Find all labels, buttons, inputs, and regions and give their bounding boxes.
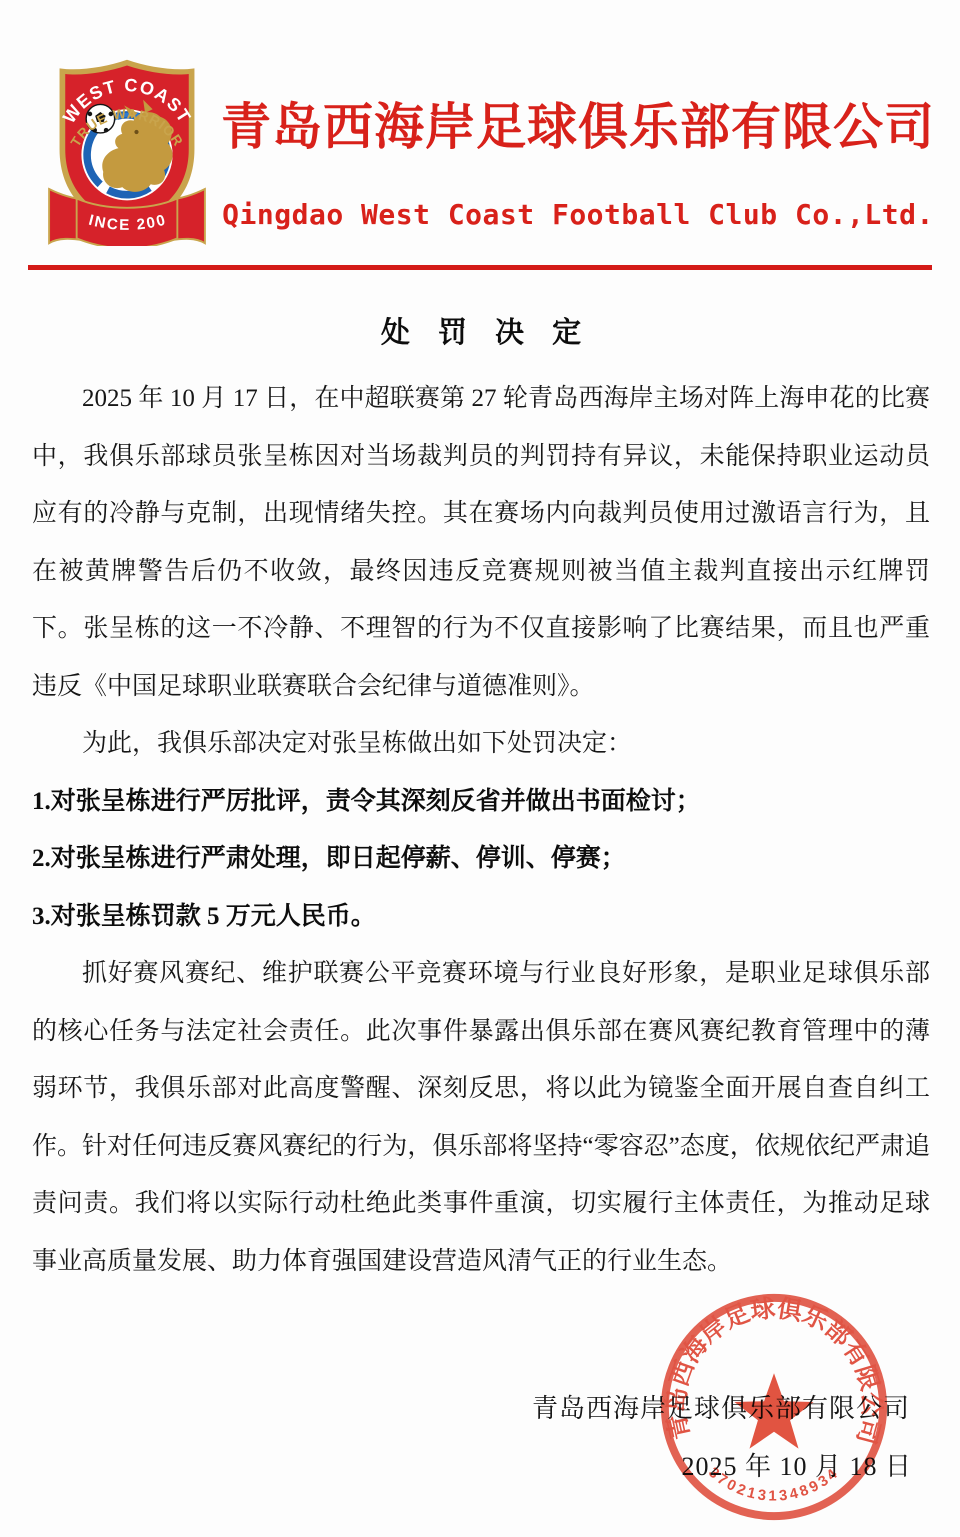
stamp-star-icon <box>734 1373 813 1448</box>
soccer-ball-patch <box>104 128 109 133</box>
soccer-ball-patch <box>88 112 93 117</box>
document-page: WEST COAST TRUE WARRIOR SINCE 2007 青岛西海岸… <box>0 0 960 1537</box>
document-body: 处 罚 决 定 2025 年 10 月 17 日，在中超联赛第 27 轮青岛西海… <box>32 312 930 1290</box>
paragraph-incident: 2025 年 10 月 17 日，在中超联赛第 27 轮青岛西海岸主场对阵上海申… <box>32 370 930 715</box>
document-title: 处 罚 决 定 <box>32 312 930 354</box>
letterhead-titles: 青岛西海岸足球俱乐部有限公司 Qingdao West Coast Footba… <box>212 94 944 231</box>
paragraph-decision-intro: 为此，我俱乐部决定对张呈栋做出如下处罚决定： <box>32 715 930 773</box>
stamp-serial-number: 3702131348934 <box>705 1465 843 1505</box>
dragon-eye <box>134 130 138 134</box>
official-seal-stamp: 青岛西海岸足球俱乐部有限公司 3702131348934 <box>650 1283 898 1531</box>
club-name-chinese: 青岛西海岸足球俱乐部有限公司 <box>212 94 944 160</box>
letterhead-divider <box>28 265 932 270</box>
club-crest-logo: WEST COAST TRUE WARRIOR SINCE 2007 <box>46 56 208 246</box>
club-name-english: Qingdao West Coast Football Club Co.,Ltd… <box>212 198 944 231</box>
paragraph-closing: 抓好赛风赛纪、维护联赛公平竞赛环境与行业良好形象，是职业足球俱乐部的核心任务与法… <box>32 945 930 1290</box>
letterhead: WEST COAST TRUE WARRIOR SINCE 2007 青岛西海岸… <box>0 0 960 265</box>
svg-text:3702131348934: 3702131348934 <box>705 1465 843 1505</box>
decision-item-1: 1.对张呈栋进行严厉批评，责令其深刻反省并做出书面检讨； <box>32 773 930 831</box>
decision-item-2: 2.对张呈栋进行严肃处理，即日起停薪、停训、停赛； <box>32 830 930 888</box>
decision-item-3: 3.对张呈栋罚款 5 万元人民币。 <box>32 888 930 946</box>
